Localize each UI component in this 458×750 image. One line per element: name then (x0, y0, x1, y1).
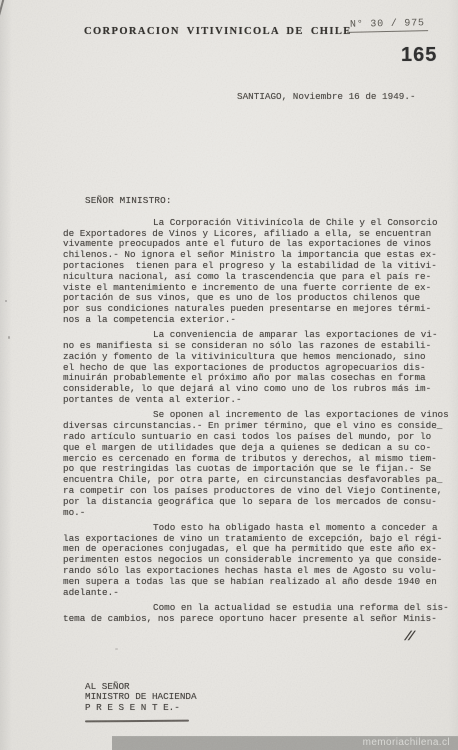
paper-speck (8, 336, 10, 339)
salutation: SEÑOR MINISTRO: (85, 196, 453, 207)
addressee-underline (85, 720, 189, 723)
page-continuation-mark: // (404, 628, 416, 643)
paragraph-2: La conveniencia de amparar las exportaci… (63, 330, 453, 406)
paragraph-5: Como en la actualidad se estudia una ref… (63, 603, 453, 625)
paragraph-4: Todo esto ha obligado hasta el momento a… (63, 523, 453, 599)
organization-name: CORPORACION VITIVINICOLA DE CHILE (84, 26, 352, 37)
watermark-strip: memoriachilena.cl (112, 736, 458, 750)
scanned-letter-page: CORPORACION VITIVINICOLA DE CHILE N° 30 … (0, 0, 458, 750)
watermark-label: memoriachilena.cl (112, 736, 458, 750)
addressee-block: AL SEÑOR MINISTRO DE HACIENDA P R E S E … (85, 682, 197, 713)
page-number-stamp: 165 (401, 44, 437, 67)
paragraph-1: La Corporación Vitivinícola de Chile y e… (63, 218, 453, 326)
paper-speck (5, 300, 7, 302)
paper-speck (115, 648, 118, 650)
dateline: SANTIAGO, Noviembre 16 de 1949.- (237, 91, 416, 102)
document-number: N° 30 / 975 (347, 18, 428, 33)
paragraph-3: Se oponen al incremento de las exportaci… (63, 410, 453, 518)
scan-corner-mark (0, 0, 5, 28)
letter-body: SEÑOR MINISTRO: La Corporación Vitiviníc… (63, 196, 453, 629)
